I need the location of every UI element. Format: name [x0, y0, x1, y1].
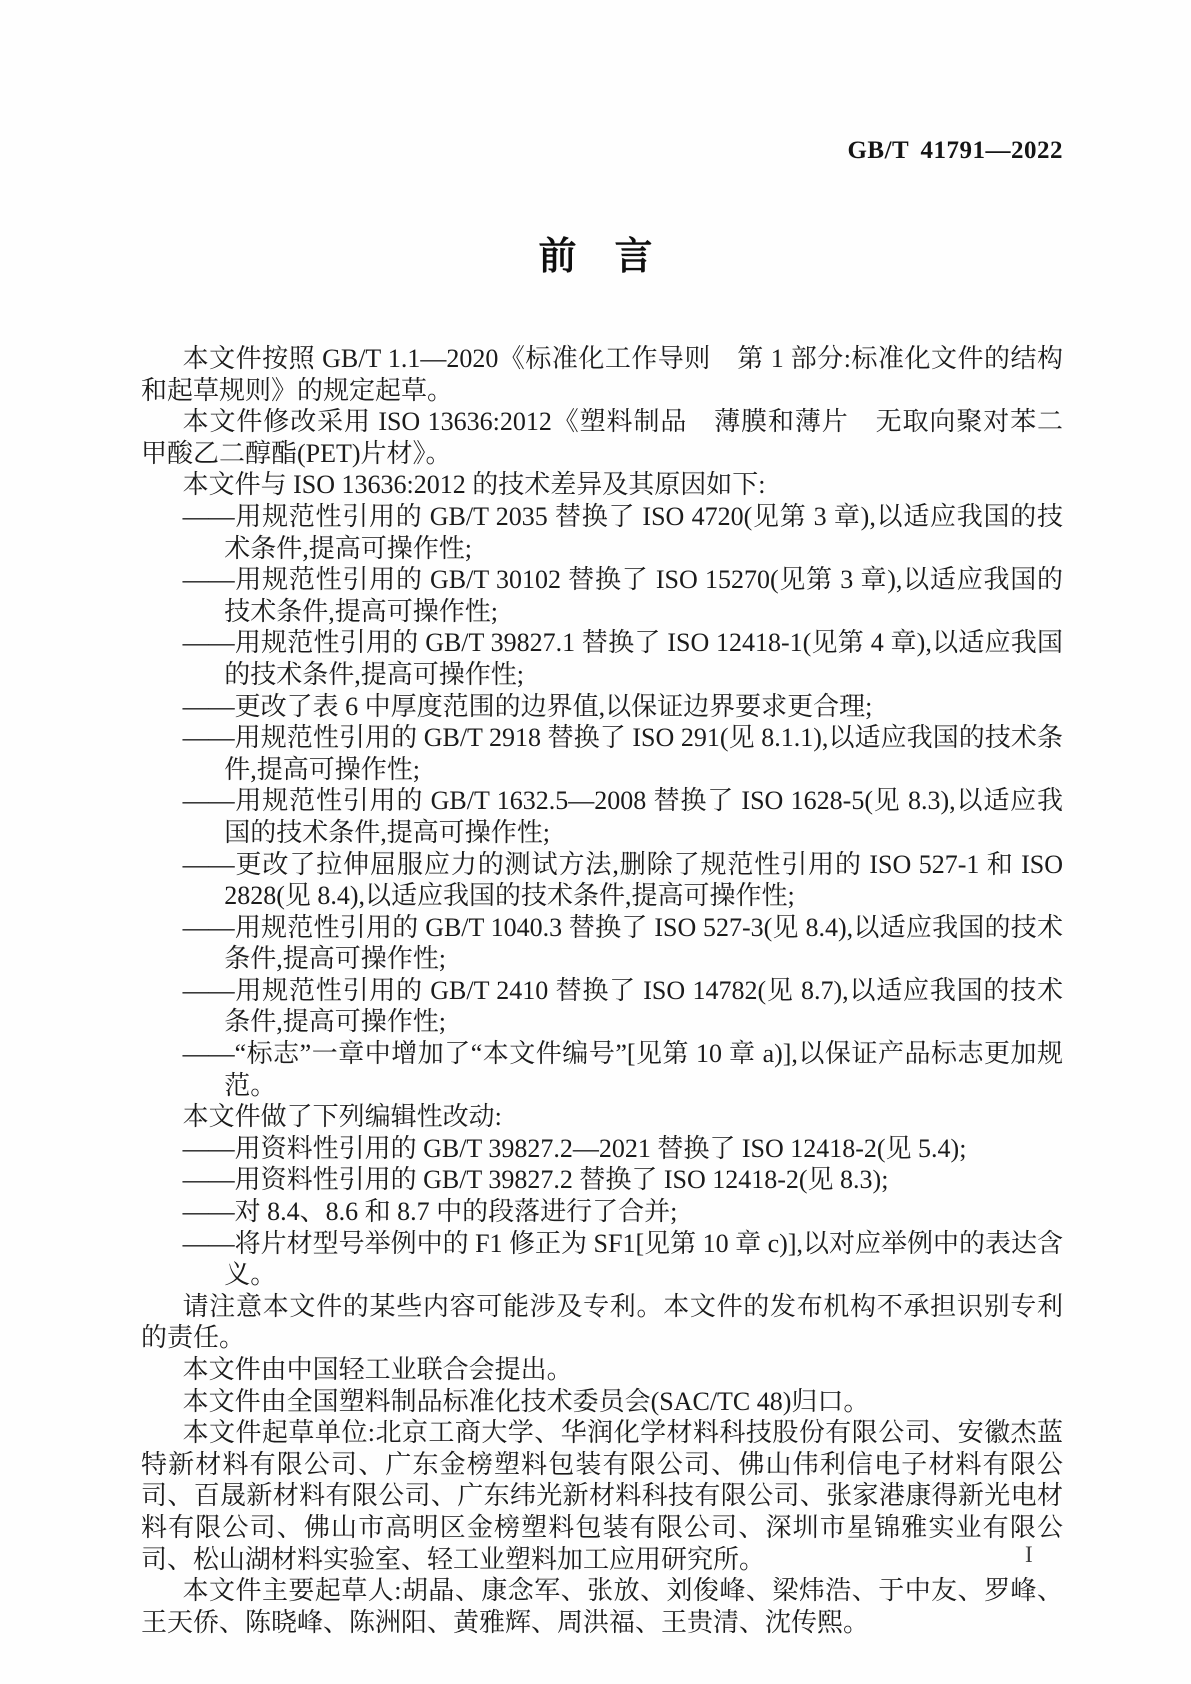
foreword-paragraph: 本文件修改采用 ISO 13636:2012《塑料制品 薄膜和薄片 无取向聚对苯…	[141, 406, 1063, 469]
foreword-list-item: ——对 8.4、8.6 和 8.7 中的段落进行了合并;	[141, 1196, 1063, 1228]
foreword-paragraph: 本文件按照 GB/T 1.1—2020《标准化工作导则 第 1 部分:标准化文件…	[141, 343, 1063, 406]
foreword-list-item: ——用资料性引用的 GB/T 39827.2 替换了 ISO 12418-2(见…	[141, 1164, 1063, 1196]
foreword-list-item: ——更改了表 6 中厚度范围的边界值,以保证边界要求更合理;	[141, 691, 1063, 723]
foreword-paragraph: 本文件做了下列编辑性改动:	[141, 1101, 1063, 1133]
foreword-list-item: ——用规范性引用的 GB/T 30102 替换了 ISO 15270(见第 3 …	[141, 564, 1063, 627]
foreword-paragraph: 本文件起草单位:北京工商大学、华润化学材料科技股份有限公司、安徽杰蓝特新材料有限…	[141, 1417, 1063, 1575]
foreword-title: 前 言	[0, 236, 1191, 278]
foreword-list-item: ——用规范性引用的 GB/T 39827.1 替换了 ISO 12418-1(见…	[141, 627, 1063, 690]
page-number: I	[1025, 1543, 1033, 1567]
foreword-list-item: ——用规范性引用的 GB/T 1632.5—2008 替换了 ISO 1628-…	[141, 785, 1063, 848]
foreword-paragraph: 本文件与 ISO 13636:2012 的技术差异及其原因如下:	[141, 469, 1063, 501]
document-page: GB/T 41791—2022 前 言 本文件按照 GB/T 1.1—2020《…	[0, 0, 1191, 1684]
foreword-list-item: ——“标志”一章中增加了“本文件编号”[见第 10 章 a)],以保证产品标志更…	[141, 1038, 1063, 1101]
foreword-list-item: ——用规范性引用的 GB/T 2918 替换了 ISO 291(见 8.1.1)…	[141, 722, 1063, 785]
foreword-list-item: ——用规范性引用的 GB/T 2035 替换了 ISO 4720(见第 3 章)…	[141, 501, 1063, 564]
foreword-paragraph: 本文件主要起草人:胡晶、康念军、张放、刘俊峰、梁炜浩、于中友、罗峰、王天侨、陈晓…	[141, 1575, 1063, 1638]
foreword-paragraph: 本文件由中国轻工业联合会提出。	[141, 1354, 1063, 1386]
foreword-list-item: ——用规范性引用的 GB/T 1040.3 替换了 ISO 527-3(见 8.…	[141, 912, 1063, 975]
foreword-list-item: ——用资料性引用的 GB/T 39827.2—2021 替换了 ISO 1241…	[141, 1133, 1063, 1165]
standard-number: GB/T 41791—2022	[847, 138, 1063, 164]
foreword-body: 本文件按照 GB/T 1.1—2020《标准化工作导则 第 1 部分:标准化文件…	[141, 343, 1063, 1638]
foreword-paragraph: 本文件由全国塑料制品标准化技术委员会(SAC/TC 48)归口。	[141, 1386, 1063, 1418]
foreword-list-item: ——将片材型号举例中的 F1 修正为 SF1[见第 10 章 c)],以对应举例…	[141, 1228, 1063, 1291]
foreword-list-item: ——更改了拉伸屈服应力的测试方法,删除了规范性引用的 ISO 527-1 和 I…	[141, 849, 1063, 912]
foreword-paragraph: 请注意本文件的某些内容可能涉及专利。本文件的发布机构不承担识别专利的责任。	[141, 1291, 1063, 1354]
foreword-list-item: ——用规范性引用的 GB/T 2410 替换了 ISO 14782(见 8.7)…	[141, 975, 1063, 1038]
